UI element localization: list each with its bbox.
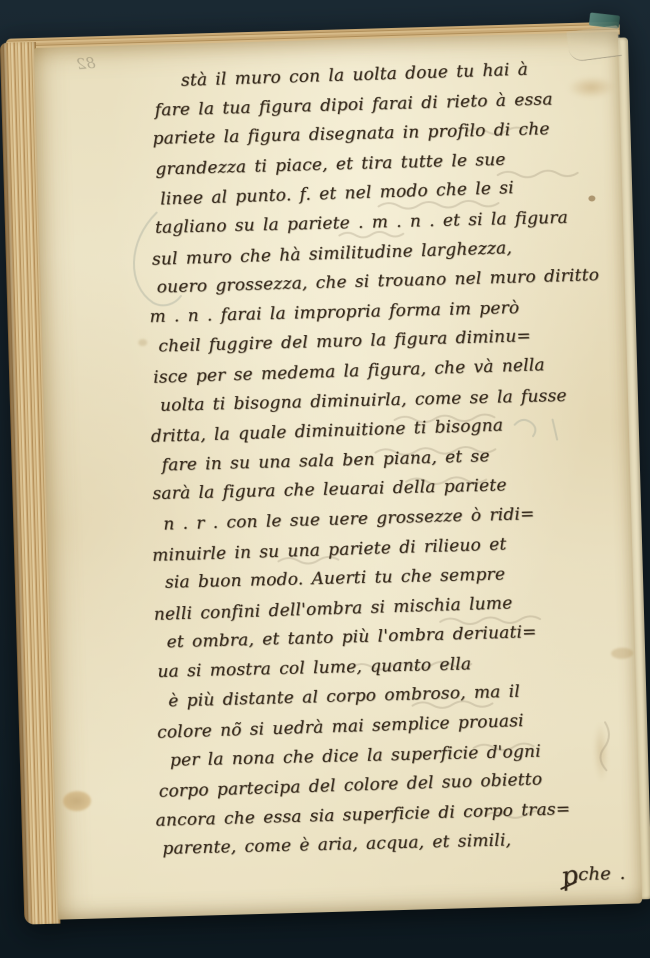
catchword: pche .: [561, 857, 626, 899]
book: 82 stà il muro con la uolta doue tu hai …: [0, 21, 650, 926]
foxing-stain: [138, 339, 147, 346]
folio-number-showthrough: 82: [76, 54, 97, 74]
manuscript-page: 82 stà il muro con la uolta doue tu hai …: [34, 32, 642, 920]
corner-stain: [63, 791, 92, 812]
manuscript-text-block: stà il muro con la uolta doue tu hai à f…: [151, 54, 626, 909]
catchword-word: che .: [578, 863, 626, 885]
